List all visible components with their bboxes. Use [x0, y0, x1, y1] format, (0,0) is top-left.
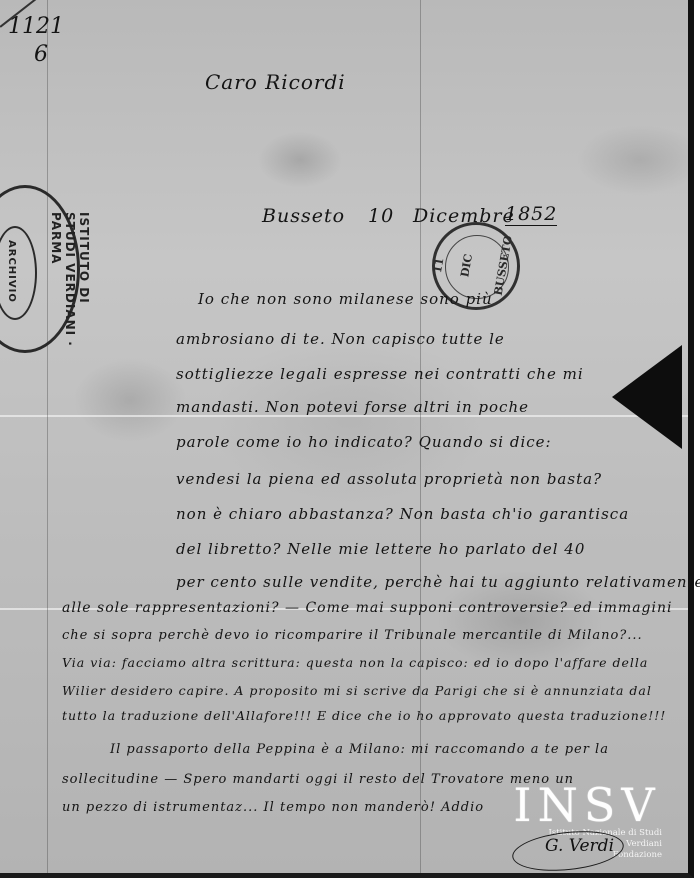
body-line: un pezzo di istrumentaz... Il tempo non …	[62, 800, 484, 815]
dateline-place: Busseto	[262, 205, 345, 227]
body-line: tutto la traduzione dell'Allafore!!! E d…	[62, 708, 666, 723]
archive-stamp-inner-text: ARCHIVIO	[6, 240, 17, 303]
body-line: mandasti. Non potevi forse altri in poch…	[176, 398, 529, 416]
archive-stamp-outer-text: ISTITUTO DI STUDI VERDIANI · PARMA	[49, 212, 91, 350]
archive-number-denominator: 6	[34, 42, 48, 67]
body-line: che si sopra perchè devo io ricomparire …	[62, 628, 643, 643]
body-line: sottigliezze legali espresse nei contrat…	[176, 365, 584, 383]
letter-page: 1121 6 Caro Ricordi ISTITUTO DI STUDI VE…	[0, 0, 694, 878]
body-line: Il passaporto della Peppina è a Milano: …	[110, 742, 609, 757]
body-line: del libretto? Nelle mie lettere ho parla…	[176, 540, 585, 558]
body-line: Via via: facciamo altra scrittura: quest…	[62, 655, 648, 670]
body-line: Wilier desidero capire. A proposito mi s…	[62, 683, 652, 698]
postmark-day: 11	[431, 257, 446, 274]
torn-corner-shadow	[612, 345, 682, 449]
body-line: per cento sulle vendite, perchè hai tu a…	[176, 573, 700, 591]
signature: G. Verdi	[545, 836, 614, 856]
archive-stamp: ISTITUTO DI STUDI VERDIANI · PARMA ARCHI…	[0, 185, 80, 353]
body-line: vendesi la piena ed assoluta proprietà n…	[176, 470, 602, 488]
body-line: non è chiaro abbastanza? Non basta ch'io…	[176, 505, 629, 523]
archive-number-numerator: 1121	[8, 14, 64, 39]
dateline-year: 1852	[505, 203, 557, 226]
dateline-day: 10	[368, 205, 394, 227]
salutation: Caro Ricordi	[205, 70, 346, 94]
body-line: Io che non sono milanese sono più	[198, 290, 493, 308]
fold-line	[47, 0, 48, 873]
body-line: parole come io ho indicato? Quando si di…	[176, 433, 552, 451]
body-line: ambrosiano di te. Non capisco tutte le	[176, 330, 505, 348]
body-line: sollecitudine — Spero mandarti oggi il r…	[62, 772, 574, 787]
watermark-logo: INSV	[512, 782, 662, 828]
body-line: alle sole rappresentazioni? — Come mai s…	[62, 600, 672, 616]
